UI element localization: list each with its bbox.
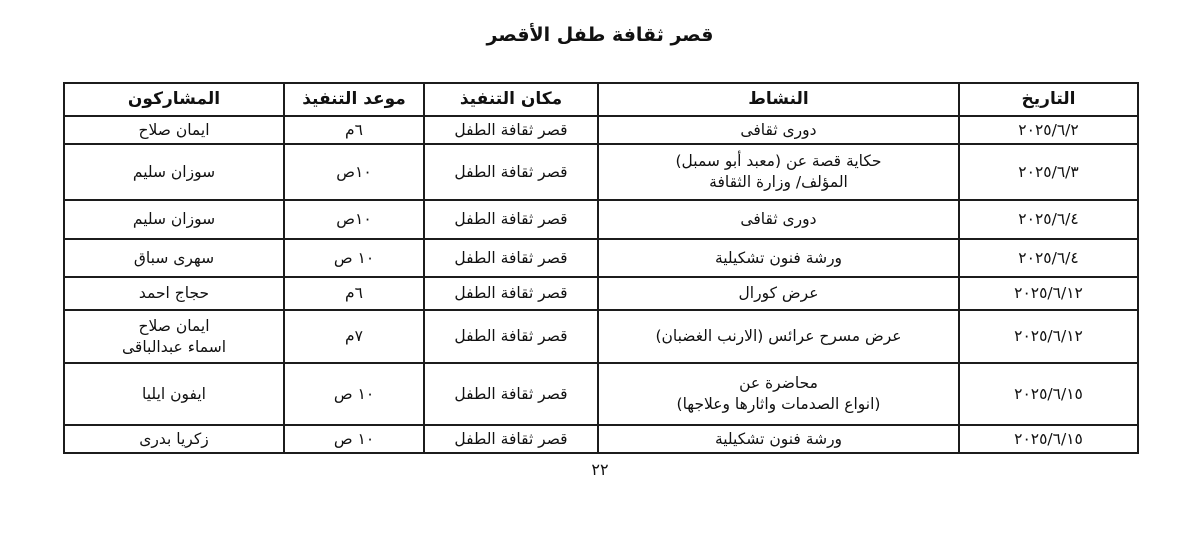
cell-location: قصر ثقافة الطفل [424, 144, 598, 200]
cell-activity: دورى ثقافى [598, 200, 959, 239]
table-row: ٢٠٢٥/٦/٤ دورى ثقافى قصر ثقافة الطفل ١٠ص … [64, 200, 1138, 239]
cell-location: قصر ثقافة الطفل [424, 310, 598, 363]
cell-date: ٢٠٢٥/٦/١٢ [959, 277, 1138, 310]
cell-location: قصر ثقافة الطفل [424, 116, 598, 144]
cell-date: ٢٠٢٥/٦/٣ [959, 144, 1138, 200]
cell-time: ١٠ ص [284, 425, 424, 453]
cell-participants: ايمان صلاح [64, 116, 284, 144]
page-number: ٢٢ [0, 460, 1200, 479]
cell-location: قصر ثقافة الطفل [424, 363, 598, 425]
cell-time: ١٠ص [284, 200, 424, 239]
table-row: ٢٠٢٥/٦/١٢ عرض مسرح عرائس (الارنب الغضبان… [64, 310, 1138, 363]
header-cell-date: التاريخ [959, 83, 1138, 116]
cell-location: قصر ثقافة الطفل [424, 277, 598, 310]
cell-participants: سوزان سليم [64, 144, 284, 200]
cell-activity: محاضرة عن (انواع الصدمات واثارها وعلاجها… [598, 363, 959, 425]
cell-date: ٢٠٢٥/٦/٤ [959, 200, 1138, 239]
cell-location: قصر ثقافة الطفل [424, 200, 598, 239]
cell-time: ١٠ ص [284, 363, 424, 425]
cell-activity: عرض مسرح عرائس (الارنب الغضبان) [598, 310, 959, 363]
cell-participants: سوزان سليم [64, 200, 284, 239]
cell-date: ٢٠٢٥/٦/١٢ [959, 310, 1138, 363]
cell-location: قصر ثقافة الطفل [424, 425, 598, 453]
cell-participants: ايفون ايليا [64, 363, 284, 425]
schedule-table: التاريخ النشاط مكان التنفيذ موعد التنفيذ… [63, 82, 1139, 454]
header-cell-participants: المشاركون [64, 83, 284, 116]
cell-time: ٦م [284, 116, 424, 144]
table-row: ٢٠٢٥/٦/١٥ ورشة فنون تشكيلية قصر ثقافة ال… [64, 425, 1138, 453]
cell-participants: زكريا بدرى [64, 425, 284, 453]
cell-activity: حكاية قصة عن (معبد أبو سمبل) المؤلف/ وزا… [598, 144, 959, 200]
cell-time: ٦م [284, 277, 424, 310]
cell-date: ٢٠٢٥/٦/١٥ [959, 425, 1138, 453]
cell-participants: سهرى سباق [64, 239, 284, 277]
page-title: قصر ثقافة طفل الأقصر [0, 24, 1200, 46]
header-cell-location: مكان التنفيذ [424, 83, 598, 116]
cell-activity: دورى ثقافى [598, 116, 959, 144]
table-row: ٢٠٢٥/٦/١٢ عرض كورال قصر ثقافة الطفل ٦م ح… [64, 277, 1138, 310]
cell-location: قصر ثقافة الطفل [424, 239, 598, 277]
cell-date: ٢٠٢٥/٦/٢ [959, 116, 1138, 144]
cell-date: ٢٠٢٥/٦/٤ [959, 239, 1138, 277]
cell-participants: حجاج احمد [64, 277, 284, 310]
cell-time: ١٠ ص [284, 239, 424, 277]
cell-time: ١٠ص [284, 144, 424, 200]
cell-activity: ورشة فنون تشكيلية [598, 239, 959, 277]
table-row: ٢٠٢٥/٦/٤ ورشة فنون تشكيلية قصر ثقافة الط… [64, 239, 1138, 277]
table-row: ٢٠٢٥/٦/١٥ محاضرة عن (انواع الصدمات واثار… [64, 363, 1138, 425]
cell-time: ٧م [284, 310, 424, 363]
cell-date: ٢٠٢٥/٦/١٥ [959, 363, 1138, 425]
cell-participants: ايمان صلاح اسماء عبدالباقى [64, 310, 284, 363]
document-page: قصر ثقافة طفل الأقصر التاريخ النشاط مكان… [0, 0, 1200, 541]
cell-activity: ورشة فنون تشكيلية [598, 425, 959, 453]
header-cell-activity: النشاط [598, 83, 959, 116]
cell-activity: عرض كورال [598, 277, 959, 310]
header-cell-time: موعد التنفيذ [284, 83, 424, 116]
table-header-row: التاريخ النشاط مكان التنفيذ موعد التنفيذ… [64, 83, 1138, 116]
table-row: ٢٠٢٥/٦/٢ دورى ثقافى قصر ثقافة الطفل ٦م ا… [64, 116, 1138, 144]
table-row: ٢٠٢٥/٦/٣ حكاية قصة عن (معبد أبو سمبل) ال… [64, 144, 1138, 200]
